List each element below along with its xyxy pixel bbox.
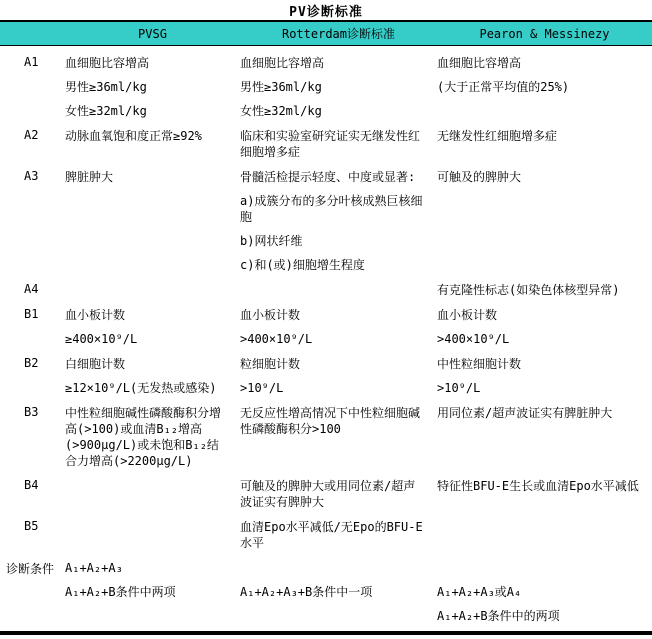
criteria-cell: 中性粒细胞碱性磷酸酶积分增高(>100)或血清B₁₂增高(>900μg/L)或未… xyxy=(65,405,240,469)
cell-line: 无继发性红细胞增多症 xyxy=(437,128,650,144)
criteria-cell: 无反应性增高情况下中性粒细胞碱性磷酸酶积分>100 xyxy=(240,405,437,469)
cell-line: 血小板计数 xyxy=(240,307,425,323)
criteria-cell: 动脉血氧饱和度正常≥92% xyxy=(65,128,240,160)
cell-line: A₁+A₂+A₃ xyxy=(65,560,228,576)
header-cell-rotterdam: Rotterdam诊断标准 xyxy=(240,22,437,45)
cell-line: 血小板计数 xyxy=(65,307,228,323)
cell-line: 血细胞比容增高 xyxy=(240,55,425,71)
cell-line: >10⁹/L xyxy=(240,380,425,396)
cell-line: 血细胞比容增高 xyxy=(65,55,228,71)
cell-line: 脾脏肿大 xyxy=(65,169,228,185)
cell-line: A₁+A₂+B条件中的两项 xyxy=(437,608,650,624)
cell-line xyxy=(437,560,650,576)
criteria-cell: 血清Epo水平减低/无Epo的BFU-E水平 xyxy=(240,519,437,551)
criteria-cell xyxy=(437,519,652,551)
cell-line: 血清Epo水平减低/无Epo的BFU-E水平 xyxy=(240,519,425,551)
table-row: B4可触及的脾肿大或用同位素/超声波证实有脾肿大特征性BFU-E生长或血清Epo… xyxy=(0,469,652,510)
header-cell-pvsg: PVSG xyxy=(65,22,240,45)
cell-line: b)网状纤维 xyxy=(240,233,425,249)
criteria-cell: 特征性BFU-E生长或血清Epo水平减低 xyxy=(437,478,652,510)
table-row: B3中性粒细胞碱性磷酸酶积分增高(>100)或血清B₁₂增高(>900μg/L)… xyxy=(0,396,652,469)
row-label: A2 xyxy=(0,128,65,160)
table-row: A2动脉血氧饱和度正常≥92%临床和实验室研究证实无继发性红细胞增多症无继发性红… xyxy=(0,119,652,160)
criteria-cell: A₁+A₂+A₃+B条件中一项 xyxy=(240,560,437,624)
table-body: A1血细胞比容增高男性≥36ml/kg女性≥32ml/kg血细胞比容增高男性≥3… xyxy=(0,46,652,631)
row-label: B5 xyxy=(0,519,65,551)
cell-line: 女性≥32ml/kg xyxy=(65,103,228,119)
cell-line: A₁+A₂+A₃或A₄ xyxy=(437,584,650,600)
criteria-cell: 血细胞比容增高(大于正常平均值的25%) xyxy=(437,55,652,119)
cell-line: 动脉血氧饱和度正常≥92% xyxy=(65,128,228,144)
criteria-cell: 无继发性红细胞增多症 xyxy=(437,128,652,160)
row-label: B2 xyxy=(0,356,65,396)
table-row: B5血清Epo水平减低/无Epo的BFU-E水平 xyxy=(0,510,652,551)
criteria-cell: 用同位素/超声波证实有脾脏肿大 xyxy=(437,405,652,469)
cell-line: 用同位素/超声波证实有脾脏肿大 xyxy=(437,405,650,421)
header-cell-pearon: Pearon & Messinezy xyxy=(437,22,652,45)
criteria-cell: 血小板计数>400×10⁹/L xyxy=(240,307,437,347)
row-label: B1 xyxy=(0,307,65,347)
criteria-cell xyxy=(240,282,437,298)
header-cell-empty xyxy=(0,22,65,45)
pv-criteria-table: PV诊断标准 PVSG Rotterdam诊断标准 Pearon & Messi… xyxy=(0,0,652,639)
row-label: 诊断条件 xyxy=(0,560,65,624)
criteria-cell: 血细胞比容增高男性≥36ml/kg女性≥32ml/kg xyxy=(65,55,240,119)
row-label: A3 xyxy=(0,169,65,273)
cell-line: >400×10⁹/L xyxy=(240,331,425,347)
criteria-cell: 脾脏肿大 xyxy=(65,169,240,273)
cell-line: a)成簇分布的多分叶核成熟巨核细胞 xyxy=(240,193,425,225)
cell-line: 特征性BFU-E生长或血清Epo水平减低 xyxy=(437,478,650,494)
criteria-cell xyxy=(65,519,240,551)
criteria-cell: A₁+A₂+A₃或A₄A₁+A₂+B条件中的两项 xyxy=(437,560,652,624)
cell-line: 血小板计数 xyxy=(437,307,650,323)
table-row: A1血细胞比容增高男性≥36ml/kg女性≥32ml/kg血细胞比容增高男性≥3… xyxy=(0,46,652,119)
row-label: A4 xyxy=(0,282,65,298)
cell-line: ≥400×10⁹/L xyxy=(65,331,228,347)
criteria-cell: 骨髓活检提示轻度、中度或显著:a)成簇分布的多分叶核成熟巨核细胞b)网状纤维c)… xyxy=(240,169,437,273)
cell-line: 血细胞比容增高 xyxy=(437,55,650,71)
cell-line: A₁+A₂+A₃+B条件中一项 xyxy=(240,584,425,600)
cell-line: 粒细胞计数 xyxy=(240,356,425,372)
row-label: A1 xyxy=(0,55,65,119)
cell-line: A₁+A₂+B条件中两项 xyxy=(65,584,228,600)
cell-line: 中性粒细胞计数 xyxy=(437,356,650,372)
table-row: 诊断条件A₁+A₂+A₃A₁+A₂+B条件中两项A₁+A₂+A₃+B条件中一项A… xyxy=(0,551,652,624)
cell-line: c)和(或)细胞增生程度 xyxy=(240,257,425,273)
cell-line: 中性粒细胞碱性磷酸酶积分增高(>100)或血清B₁₂增高(>900μg/L)或未… xyxy=(65,405,228,469)
criteria-cell: 可触及的脾肿大或用同位素/超声波证实有脾肿大 xyxy=(240,478,437,510)
criteria-cell: 粒细胞计数>10⁹/L xyxy=(240,356,437,396)
table-row: B2白细胞计数≥12×10⁹/L(无发热或感染)粒细胞计数>10⁹/L中性粒细胞… xyxy=(0,347,652,396)
cell-line: 临床和实验室研究证实无继发性红细胞增多症 xyxy=(240,128,425,160)
cell-line: >10⁹/L xyxy=(437,380,650,396)
bottom-rule xyxy=(0,631,652,635)
criteria-cell: 可触及的脾肿大 xyxy=(437,169,652,273)
cell-line: 白细胞计数 xyxy=(65,356,228,372)
criteria-cell: 血小板计数≥400×10⁹/L xyxy=(65,307,240,347)
criteria-cell: A₁+A₂+A₃A₁+A₂+B条件中两项 xyxy=(65,560,240,624)
criteria-cell: 临床和实验室研究证实无继发性红细胞增多症 xyxy=(240,128,437,160)
table-row: A3脾脏肿大骨髓活检提示轻度、中度或显著:a)成簇分布的多分叶核成熟巨核细胞b)… xyxy=(0,160,652,273)
criteria-cell: 有克隆性标志(如染色体核型异常) xyxy=(437,282,652,298)
criteria-cell xyxy=(65,478,240,510)
cell-line: 有克隆性标志(如染色体核型异常) xyxy=(437,282,650,298)
table-row: A4有克隆性标志(如染色体核型异常) xyxy=(0,273,652,298)
row-label: B4 xyxy=(0,478,65,510)
criteria-cell: 中性粒细胞计数>10⁹/L xyxy=(437,356,652,396)
cell-line xyxy=(240,560,425,576)
criteria-cell: 血细胞比容增高男性≥36ml/kg女性≥32ml/kg xyxy=(240,55,437,119)
table-title: PV诊断标准 xyxy=(0,0,652,20)
criteria-cell xyxy=(65,282,240,298)
row-label: B3 xyxy=(0,405,65,469)
cell-line: ≥12×10⁹/L(无发热或感染) xyxy=(65,380,228,396)
cell-line: >400×10⁹/L xyxy=(437,331,650,347)
criteria-cell: 白细胞计数≥12×10⁹/L(无发热或感染) xyxy=(65,356,240,396)
criteria-cell: 血小板计数>400×10⁹/L xyxy=(437,307,652,347)
table-row: B1血小板计数≥400×10⁹/L血小板计数>400×10⁹/L血小板计数>40… xyxy=(0,298,652,347)
cell-line: 男性≥36ml/kg xyxy=(240,79,425,95)
cell-line: 女性≥32ml/kg xyxy=(240,103,425,119)
cell-line: 男性≥36ml/kg xyxy=(65,79,228,95)
cell-line: 可触及的脾肿大 xyxy=(437,169,650,185)
cell-line: 骨髓活检提示轻度、中度或显著: xyxy=(240,169,425,185)
header-row: PVSG Rotterdam诊断标准 Pearon & Messinezy xyxy=(0,20,652,46)
cell-line: 可触及的脾肿大或用同位素/超声波证实有脾肿大 xyxy=(240,478,425,510)
cell-line: (大于正常平均值的25%) xyxy=(437,79,650,95)
cell-line: 无反应性增高情况下中性粒细胞碱性磷酸酶积分>100 xyxy=(240,405,425,437)
